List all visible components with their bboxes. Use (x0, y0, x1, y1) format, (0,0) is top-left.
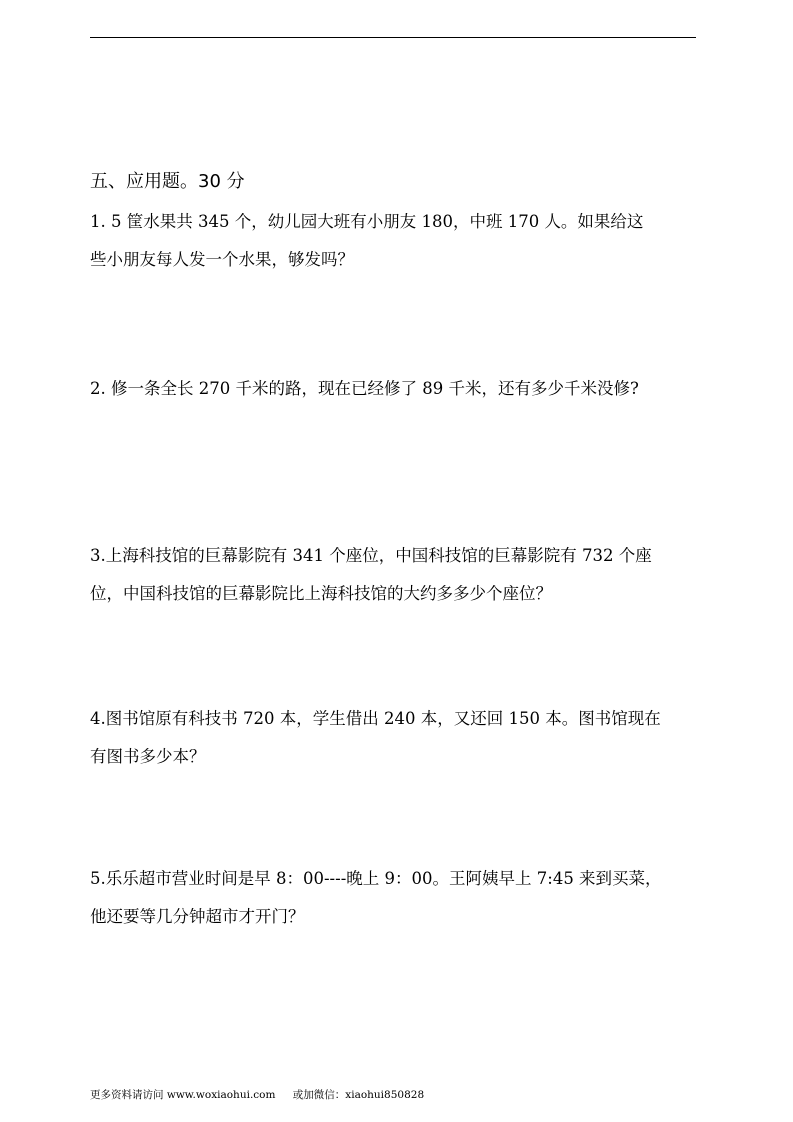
header-rule (90, 37, 696, 38)
question-2-line-1: 2. 修一条全长 270 千米的路，现在已经修了 89 千米，还有多少千米没修? (90, 370, 710, 408)
question-2: 2. 修一条全长 270 千米的路，现在已经修了 89 千米，还有多少千米没修? (90, 370, 710, 408)
question-3-line-1: 3.上海科技馆的巨幕影院有 341 个座位，中国科技馆的巨幕影院有 732 个座 (90, 537, 710, 575)
question-4-line-2: 有图书多少本？ (90, 738, 710, 776)
section-title: 五、应用题。30 分 (90, 170, 245, 194)
footer: 更多资料请访问 www.woxiaohui.com 或加微信：xiaohui85… (90, 1087, 438, 1103)
question-4-line-1: 4.图书馆原有科技书 720 本，学生借出 240 本，又还回 150 本。图书… (90, 700, 710, 738)
question-1: 1. 5 筐水果共 345 个，幼儿园大班有小朋友 180，中班 170 人。如… (90, 203, 710, 279)
question-1-line-2: 些小朋友每人发一个水果，够发吗？ (90, 241, 710, 279)
question-5: 5.乐乐超市营业时间是早 8：00----晚上 9：00。王阿姨早上 7:45 … (90, 860, 710, 936)
question-3: 3.上海科技馆的巨幕影院有 341 个座位，中国科技馆的巨幕影院有 732 个座… (90, 537, 710, 613)
question-1-line-1: 1. 5 筐水果共 345 个，幼儿园大班有小朋友 180，中班 170 人。如… (90, 203, 710, 241)
question-3-line-2: 位，中国科技馆的巨幕影院比上海科技馆的大约多多少个座位？ (90, 575, 710, 613)
question-5-line-2: 他还要等几分钟超市才开门？ (90, 898, 710, 936)
footer-visit-text: 更多资料请访问 www.woxiaohui.com (90, 1089, 275, 1101)
footer-wechat-text: 或加微信：xiaohui850828 (293, 1089, 424, 1101)
question-5-line-1: 5.乐乐超市营业时间是早 8：00----晚上 9：00。王阿姨早上 7:45 … (90, 860, 710, 898)
question-4: 4.图书馆原有科技书 720 本，学生借出 240 本，又还回 150 本。图书… (90, 700, 710, 776)
